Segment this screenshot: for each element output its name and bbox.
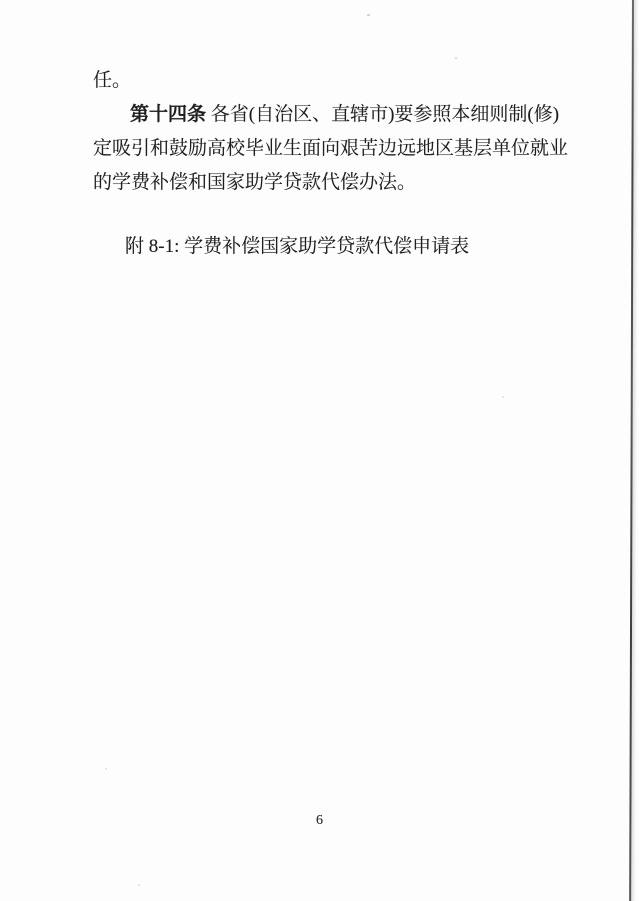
attachment-text: 附 8-1: 学费补偿国家助学贷款代偿申请表 xyxy=(125,236,469,257)
scan-speckle xyxy=(455,57,457,59)
page-number: 6 xyxy=(0,813,639,829)
paragraph-continuation-line: 任。 xyxy=(93,64,553,98)
attachment-reference-line: 附 8-1: 学费补偿国家助学贷款代偿申请表 xyxy=(93,230,553,264)
article-14-line: 第十四条 各省(自治区、直辖市)要参照本细则制(修) xyxy=(93,98,553,132)
article-number-label: 第十四条 xyxy=(130,104,206,125)
line-text: 定吸引和鼓励高校毕业生面向艰苦边远地区基层单位就业 xyxy=(93,138,568,159)
line-text: 各省(自治区、直辖市)要参照本细则制(修) xyxy=(206,104,559,125)
scan-speckle xyxy=(105,768,107,770)
line-text: 任。 xyxy=(93,70,131,91)
scan-speckle xyxy=(138,884,140,886)
scan-speckle xyxy=(502,396,504,398)
document-text-block: 任。 第十四条 各省(自治区、直辖市)要参照本细则制(修) 定吸引和鼓励高校毕业… xyxy=(93,64,553,264)
line-text: 的学费补偿和国家助学贷款代偿办法。 xyxy=(93,172,416,193)
article-14-line-3: 的学费补偿和国家助学贷款代偿办法。 xyxy=(93,166,553,200)
document-page: 任。 第十四条 各省(自治区、直辖市)要参照本细则制(修) 定吸引和鼓励高校毕业… xyxy=(0,0,639,901)
scan-speckle xyxy=(367,14,370,16)
article-14-line-2: 定吸引和鼓励高校毕业生面向艰苦边远地区基层单位就业 xyxy=(93,132,553,166)
